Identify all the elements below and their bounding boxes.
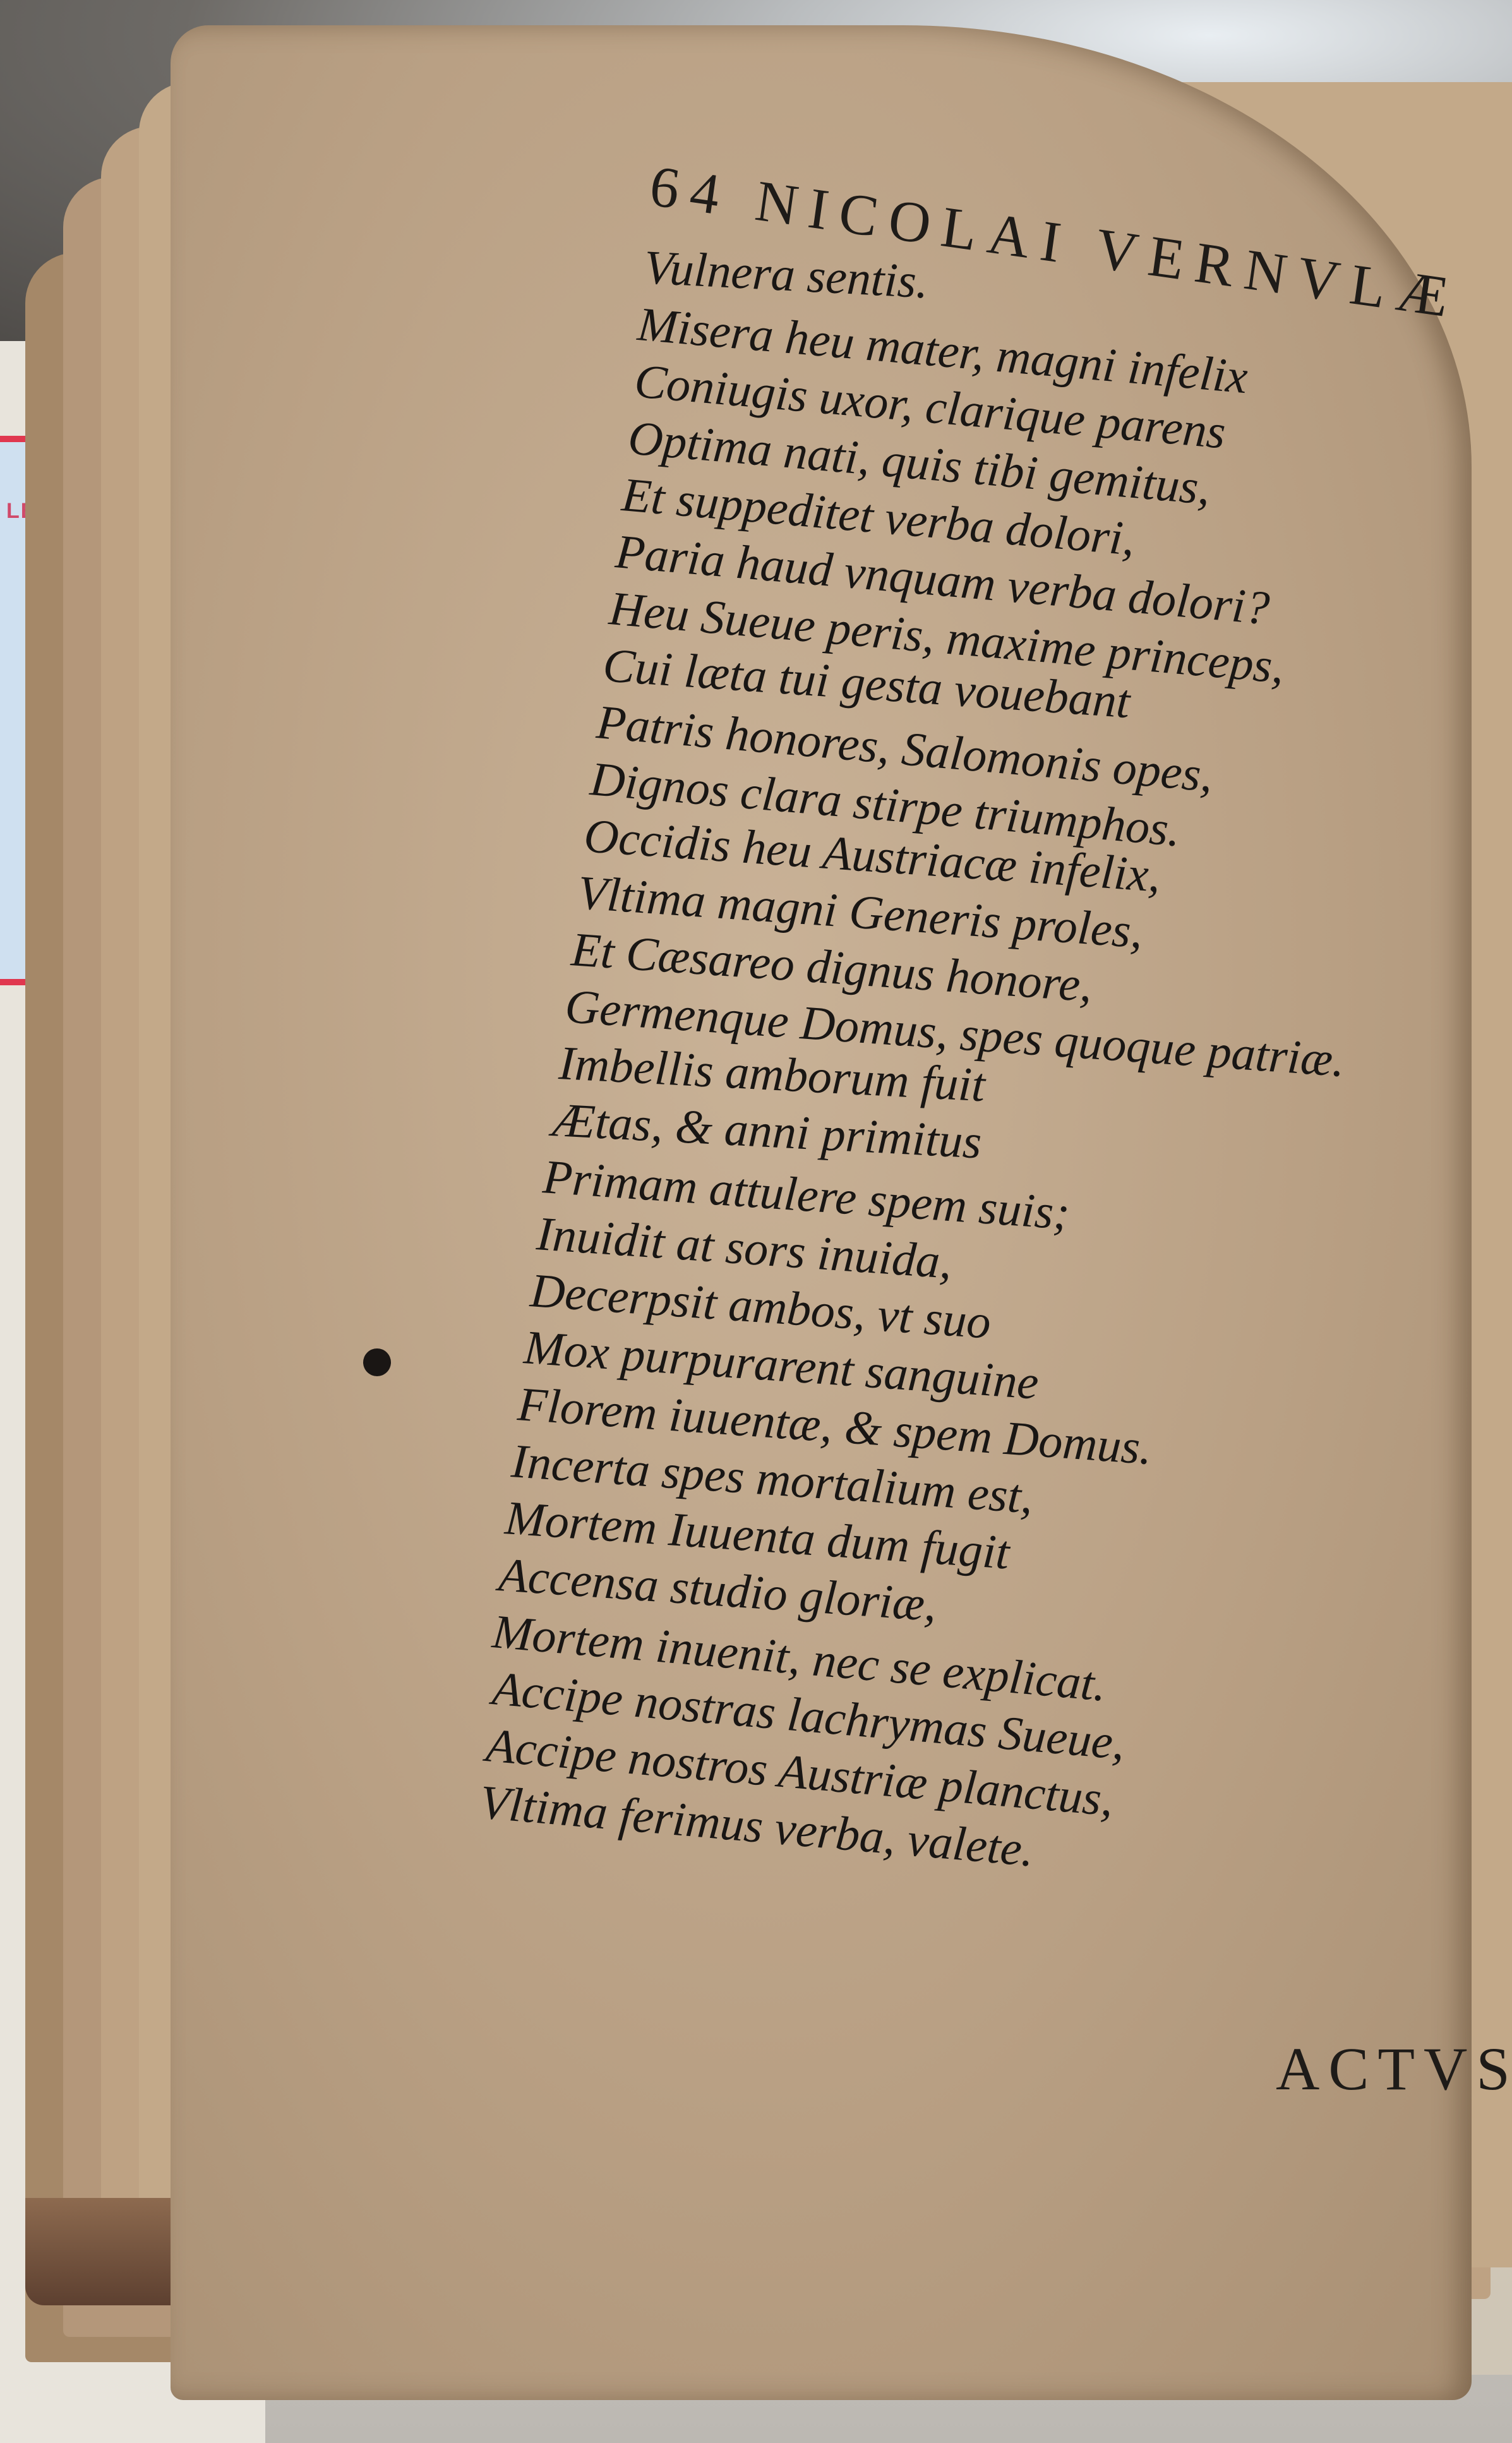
ink-spot xyxy=(363,1348,391,1376)
page-number: 64 xyxy=(646,153,735,228)
catchword: ACTVS xyxy=(1276,2034,1512,2104)
